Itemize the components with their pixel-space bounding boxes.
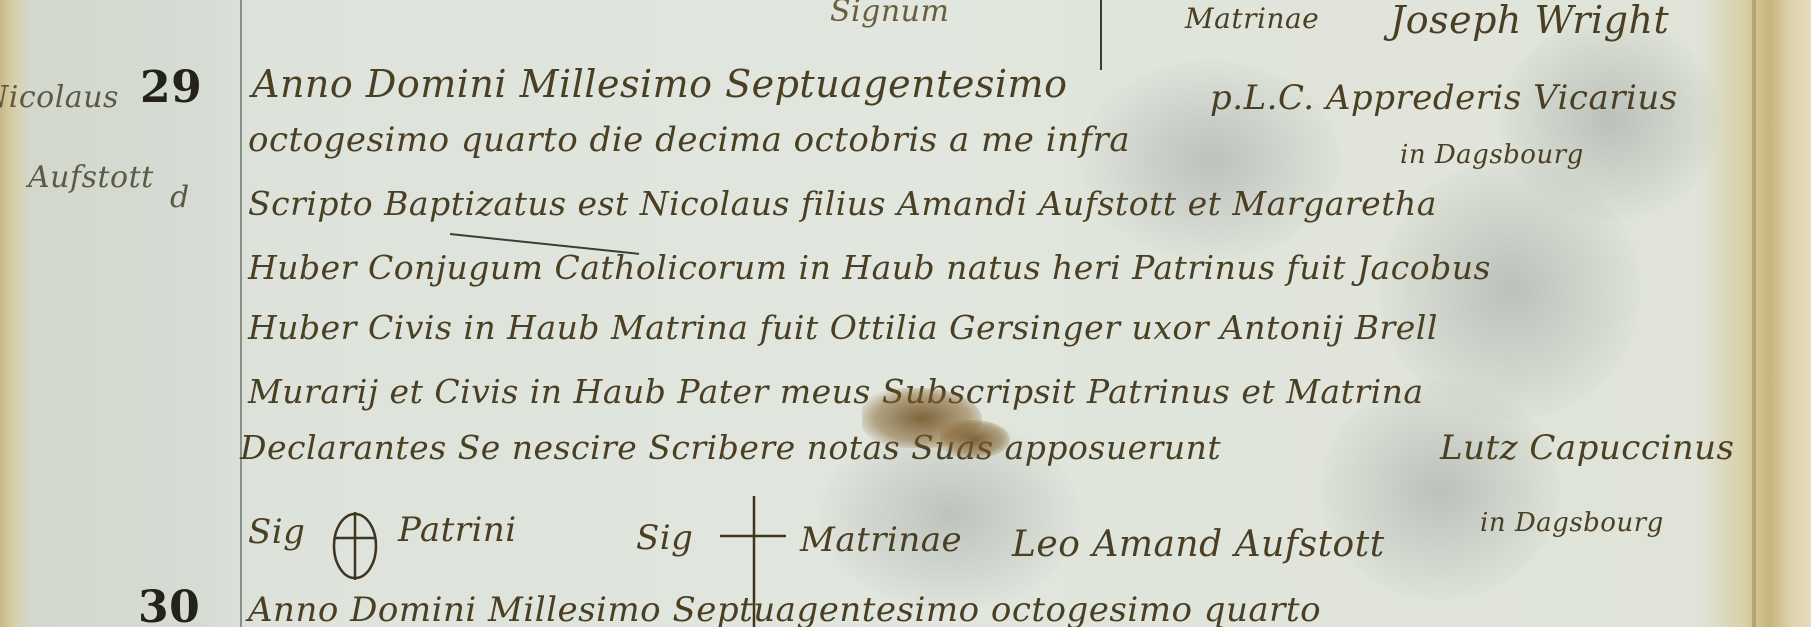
matrinae-word: Matrinae xyxy=(800,520,962,560)
priest-signature: Lutz Capuccinus xyxy=(1440,428,1735,468)
entry-30-line-1: Anno Domini Millesimo Septuagentesimo oc… xyxy=(248,590,1321,627)
ink-smudge xyxy=(1500,20,1720,220)
patrini-sig-label: Sig xyxy=(248,512,305,552)
entry-number-29: 29 xyxy=(140,62,202,113)
entry-line-5: Huber Civis in Haub Matrina fuit Ottilia… xyxy=(248,308,1438,347)
priest-place: in Dagsbourg xyxy=(1480,508,1664,538)
margin-rule xyxy=(240,0,242,627)
header-signum: Signum xyxy=(830,0,949,29)
patrini-word: Patrini xyxy=(398,510,517,550)
margin-name-surname: Aufstott xyxy=(28,160,154,195)
page-spine-edge xyxy=(1752,0,1756,627)
entry-number-30: 30 xyxy=(138,582,200,627)
header-signature: Joseph Wright xyxy=(1390,0,1669,42)
entry-line-4: Huber Conjugum Catholicorum in Haub natu… xyxy=(248,248,1491,287)
entry-line-7: Declarantes Se nescire Scribere notas Su… xyxy=(240,428,1221,467)
father-signature: Leo Amand Aufstott xyxy=(1012,524,1385,565)
patrinus-cross-mark-icon xyxy=(328,508,382,584)
matrinae-sig-label: Sig xyxy=(636,518,693,558)
entry-line-2: octogesimo quarto die decima octobris a … xyxy=(248,120,1130,160)
sex-mark: d xyxy=(170,180,190,215)
officiant-place: in Dagsbourg xyxy=(1400,140,1584,170)
entry-line-6: Murarij et Civis in Haub Pater meus Subs… xyxy=(248,372,1424,411)
register-page: Signum Matrinae Joseph Wright Nicolaus A… xyxy=(0,0,1811,627)
entry-line-3: Scripto Baptizatus est Nicolaus filius A… xyxy=(248,184,1437,223)
margin-name-first: Nicolaus xyxy=(0,80,119,115)
header-cross-line xyxy=(1100,0,1102,70)
header-matrinae: Matrinae xyxy=(1185,2,1319,35)
officiant-title: p.L.C. Apprederis Vicarius xyxy=(1210,78,1678,118)
ink-stain xyxy=(940,420,1010,458)
entry-line-1: Anno Domini Millesimo Septuagentesimo xyxy=(252,62,1067,106)
ink-smudge xyxy=(1320,380,1560,600)
